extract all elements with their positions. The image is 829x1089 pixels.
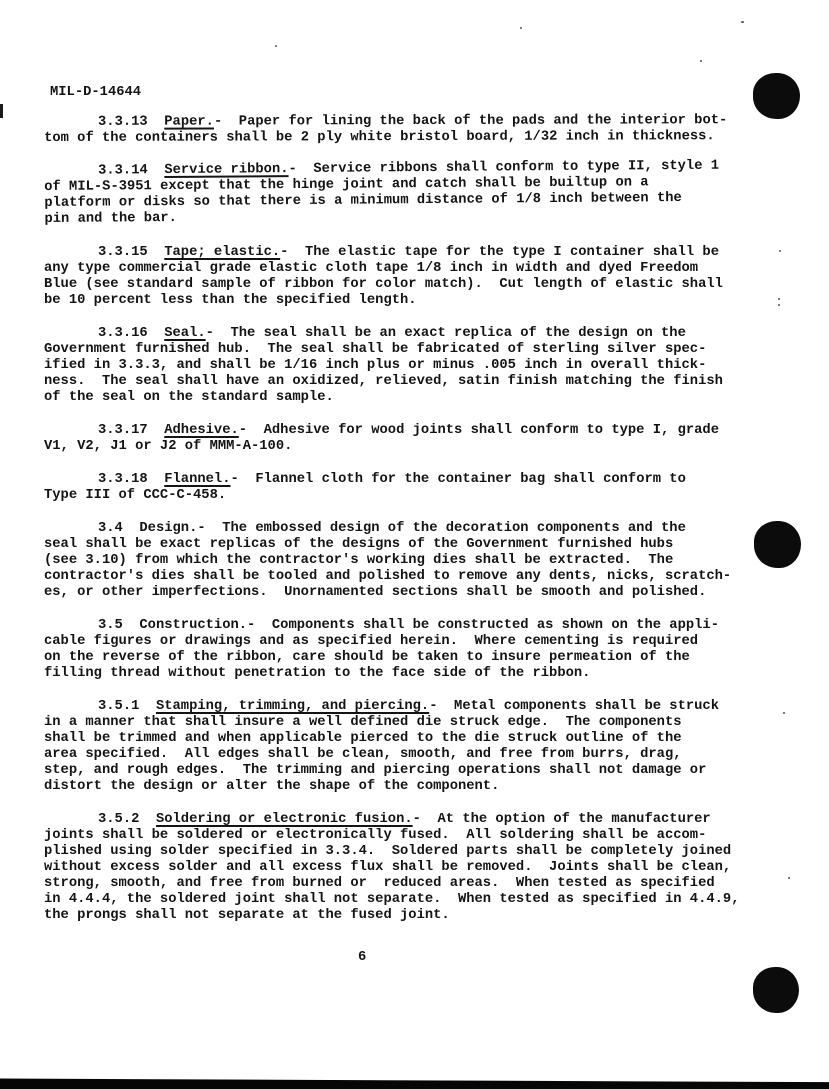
text-line: ified in 3.3.3, and shall be 1/16 inch p… <box>44 358 793 374</box>
text-line: plished using solder specified in 3.3.4.… <box>44 844 793 860</box>
text-line: filling thread without penetration to th… <box>44 666 793 682</box>
text-line: distort the design or alter the shape of… <box>44 779 793 795</box>
scan-edge-mark <box>0 104 3 118</box>
text-line: tom of the containers shall be 2 ply whi… <box>44 129 793 147</box>
section-number: 3.3.18 <box>98 472 148 487</box>
paragraph-3.3.14: 3.3.14 Service ribbon.- Service ribbons … <box>44 158 793 228</box>
document-body: 3.3.13 Paper.- Paper for lining the back… <box>44 115 793 924</box>
text-line: (see 3.10) from which the contractor's w… <box>44 553 793 569</box>
scan-speck <box>783 712 785 714</box>
text-line: area specified. All edges shall be clean… <box>44 747 793 763</box>
scan-speck <box>741 21 744 23</box>
paragraph-3.3.13: 3.3.13 Paper.- Paper for lining the back… <box>44 113 793 147</box>
text-line: without excess solder and all excess flu… <box>44 860 793 876</box>
text-line: 3.3.15 Tape; elastic.- The elastic tape … <box>44 245 793 261</box>
text-line: in a manner that shall insure a well def… <box>44 715 793 731</box>
text-line: Type III of CCC-C-458. <box>44 488 793 504</box>
text-line: 3.3.18 Flannel.- Flannel cloth for the c… <box>44 472 793 488</box>
section-number: 3.5.2 <box>98 812 139 827</box>
text-line: 3.5.1 Stamping, trimming, and piercing.-… <box>44 699 793 715</box>
scanned-page: MIL-D-14644 3.3.13 Paper.- Paper for lin… <box>0 0 829 1089</box>
text-line: any type commercial grade elastic cloth … <box>44 261 793 277</box>
text-line: of the seal on the standard sample. <box>44 390 793 406</box>
scan-speck <box>779 250 781 252</box>
scan-speck <box>275 45 277 47</box>
text-line: 3.3.16 Seal.- The seal shall be an exact… <box>44 326 793 342</box>
section-title: Soldering or electronic fusion. <box>156 812 413 827</box>
paragraph-3.5.1: 3.5.1 Stamping, trimming, and piercing.-… <box>44 699 793 795</box>
page-content: MIL-D-14644 3.3.13 Paper.- Paper for lin… <box>44 85 793 966</box>
text-line: V1, V2, J1 or J2 of MMM-A-100. <box>44 439 793 455</box>
text-line: on the reverse of the ribbon, care shoul… <box>44 650 793 666</box>
paragraph-3.3.16: 3.3.16 Seal.- The seal shall be an exact… <box>44 326 793 406</box>
text-line: 3.5 Construction.- Components shall be c… <box>44 618 793 634</box>
section-title: Construction. <box>139 618 247 633</box>
scan-bottom-bar <box>0 1078 829 1089</box>
section-number: 3.3.17 <box>98 423 148 438</box>
section-number: 3.3.14 <box>98 163 148 178</box>
text-line: contractor's dies shall be tooled and po… <box>44 569 793 585</box>
text-line: 3.3.13 Paper.- Paper for lining the back… <box>44 113 793 131</box>
section-title: Stamping, trimming, and piercing. <box>156 699 429 714</box>
text-line: ness. The seal shall have an oxidized, r… <box>44 374 793 390</box>
text-line: be 10 percent less than the specified le… <box>44 293 793 309</box>
text-line: cable figures or drawings and as specifi… <box>44 634 793 650</box>
section-number: 3.3.15 <box>98 245 148 260</box>
text-line: Government furnished hub. The seal shall… <box>44 342 793 358</box>
section-title: Paper. <box>164 115 214 130</box>
section-title: Service ribbon. <box>164 162 288 178</box>
section-title: Tape; elastic. <box>164 245 280 260</box>
section-title: Flannel. <box>164 472 230 487</box>
scan-speck <box>778 304 780 306</box>
text-line: in 4.4.4, the soldered joint shall not s… <box>44 892 793 908</box>
text-line: Blue (see standard sample of ribbon for … <box>44 277 793 293</box>
text-line: 3.3.17 Adhesive.- Adhesive for wood join… <box>44 423 793 439</box>
section-number: 3.3.13 <box>98 115 148 130</box>
text-line: es, or other imperfections. Unornamented… <box>44 585 793 601</box>
text-line: seal shall be exact replicas of the desi… <box>44 537 793 553</box>
paragraph-3.5.2: 3.5.2 Soldering or electronic fusion.- A… <box>44 812 793 924</box>
section-title: Seal. <box>164 326 205 341</box>
text-line: step, and rough edges. The trimming and … <box>44 763 793 779</box>
text-line: strong, smooth, and free from burned or … <box>44 876 793 892</box>
section-title: Design. <box>139 521 197 536</box>
scan-speck <box>788 877 790 879</box>
paragraph-3.3.18: 3.3.18 Flannel.- Flannel cloth for the c… <box>44 472 793 504</box>
text-line: 3.5.2 Soldering or electronic fusion.- A… <box>44 812 793 828</box>
text-line: shall be trimmed and when applicable pie… <box>44 731 793 747</box>
scan-speck <box>778 298 780 300</box>
section-number: 3.3.16 <box>98 326 148 341</box>
paragraph-3.4: 3.4 Design.- The embossed design of the … <box>44 521 793 601</box>
section-number: 3.5 <box>98 618 123 633</box>
page-number: 6 <box>44 950 793 966</box>
document-id: MIL-D-14644 <box>50 85 793 101</box>
hole-punch-middle-icon <box>754 521 801 568</box>
text-line: the prongs shall not separate at the fus… <box>44 908 793 924</box>
paragraph-3.3.17: 3.3.17 Adhesive.- Adhesive for wood join… <box>44 423 793 455</box>
scan-speck <box>700 60 702 62</box>
section-number: 3.5.1 <box>98 699 139 714</box>
text-line: 3.4 Design.- The embossed design of the … <box>44 521 793 537</box>
paragraph-3.3.15: 3.3.15 Tape; elastic.- The elastic tape … <box>44 245 793 309</box>
paragraph-3.5: 3.5 Construction.- Components shall be c… <box>44 618 793 682</box>
hole-punch-top-icon <box>753 73 800 119</box>
scan-speck <box>520 27 522 29</box>
section-number: 3.4 <box>98 521 123 536</box>
hole-punch-bottom-icon <box>753 967 799 1013</box>
text-line: joints shall be soldered or electronical… <box>44 828 793 844</box>
section-title: Adhesive. <box>164 423 239 438</box>
